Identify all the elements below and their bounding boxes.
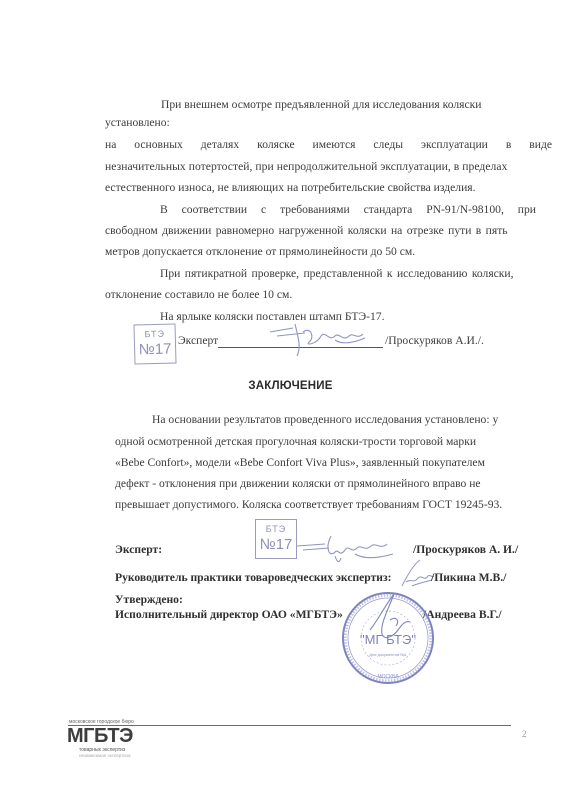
head-label: Руководитель практики товароведческих эк… — [115, 571, 392, 584]
head-name: /Пикина М.В./ — [431, 571, 506, 584]
footer-rule — [68, 725, 511, 726]
paragraph-3-line-2: свободном движении равномерно нагруженно… — [105, 224, 508, 237]
svg-text:Для документов №1: Для документов №1 — [369, 652, 407, 657]
svg-text:МОСКВА: МОСКВА — [377, 674, 399, 680]
conclusion-line-3: «Bebe Confort», модели «Bebe Confort Viv… — [115, 456, 485, 469]
expert-label-2: Эксперт: — [115, 543, 162, 556]
conclusion-line-1: На основании результатов проведенного ис… — [152, 413, 498, 426]
conclusion-line-5: превышает допустимого. Коляска соответст… — [115, 498, 502, 511]
stamp-2-line-1: БТЭ — [256, 525, 296, 534]
logo-mgbte: МГБТЭ — [67, 726, 133, 746]
conclusion-line-4: дефект - отклонения при движении коляски… — [115, 477, 481, 490]
conclusion-heading: ЗАКЛЮЧЕНИЕ — [0, 380, 581, 392]
paragraph-4-line-1: При пятикратной проверке, представленной… — [160, 267, 514, 280]
expert-name: /Проскуряков А.И./. — [385, 334, 484, 347]
btz-17-stamp-2: БТЭ №17 — [255, 519, 297, 559]
paragraph-2-line-1: на основных деталях коляске имеются след… — [105, 138, 552, 151]
expert-signature-2-icon — [295, 528, 405, 568]
paragraph-1-line-1: При внешнем осмотре предъявленной для ис… — [161, 98, 481, 111]
expert-label: Эксперт — [178, 334, 218, 347]
page-number: 2 — [522, 729, 527, 739]
conclusion-line-2: одной осмотренной детская прогулочная ко… — [115, 435, 476, 448]
paragraph-2-line-3: естественного износа, не влияющих на пот… — [105, 181, 476, 194]
document-page: При внешнем осмотре предъявленной для ис… — [0, 0, 581, 800]
expert-signature-icon — [265, 318, 375, 363]
expert-name-2: /Проскуряков А. И./ — [413, 543, 518, 556]
paragraph-3-line-3: метров допускается отклонение от прямоли… — [105, 245, 415, 258]
btz-17-stamp: БТЭ №17 — [133, 323, 176, 364]
paragraph-3-line-1: В соответствии с требованиями стандарта … — [160, 203, 536, 216]
company-seal-icon: "МГ БТЭ" Для документов №1 МОСКВА — [340, 590, 436, 686]
svg-text:"МГ БТЭ": "МГ БТЭ" — [360, 632, 416, 647]
paragraph-4-line-2: отклонение составило не более 10 см. — [105, 288, 292, 301]
approved-label: Утверждено: — [115, 593, 183, 606]
logo-tagline-bottom-2: независимая экспертиза — [79, 753, 130, 758]
paragraph-2-line-2: незначительных потертостей, при непродол… — [105, 160, 507, 173]
stamp-2-line-2: №17 — [256, 537, 296, 552]
paragraph-1-line-2: установлено: — [105, 116, 170, 129]
director-label: Исполнительный директор ОАО «МГБТЭ» — [115, 608, 343, 621]
stamp-line-2: №17 — [135, 341, 175, 357]
stamp-line-1: БТЭ — [135, 329, 175, 339]
